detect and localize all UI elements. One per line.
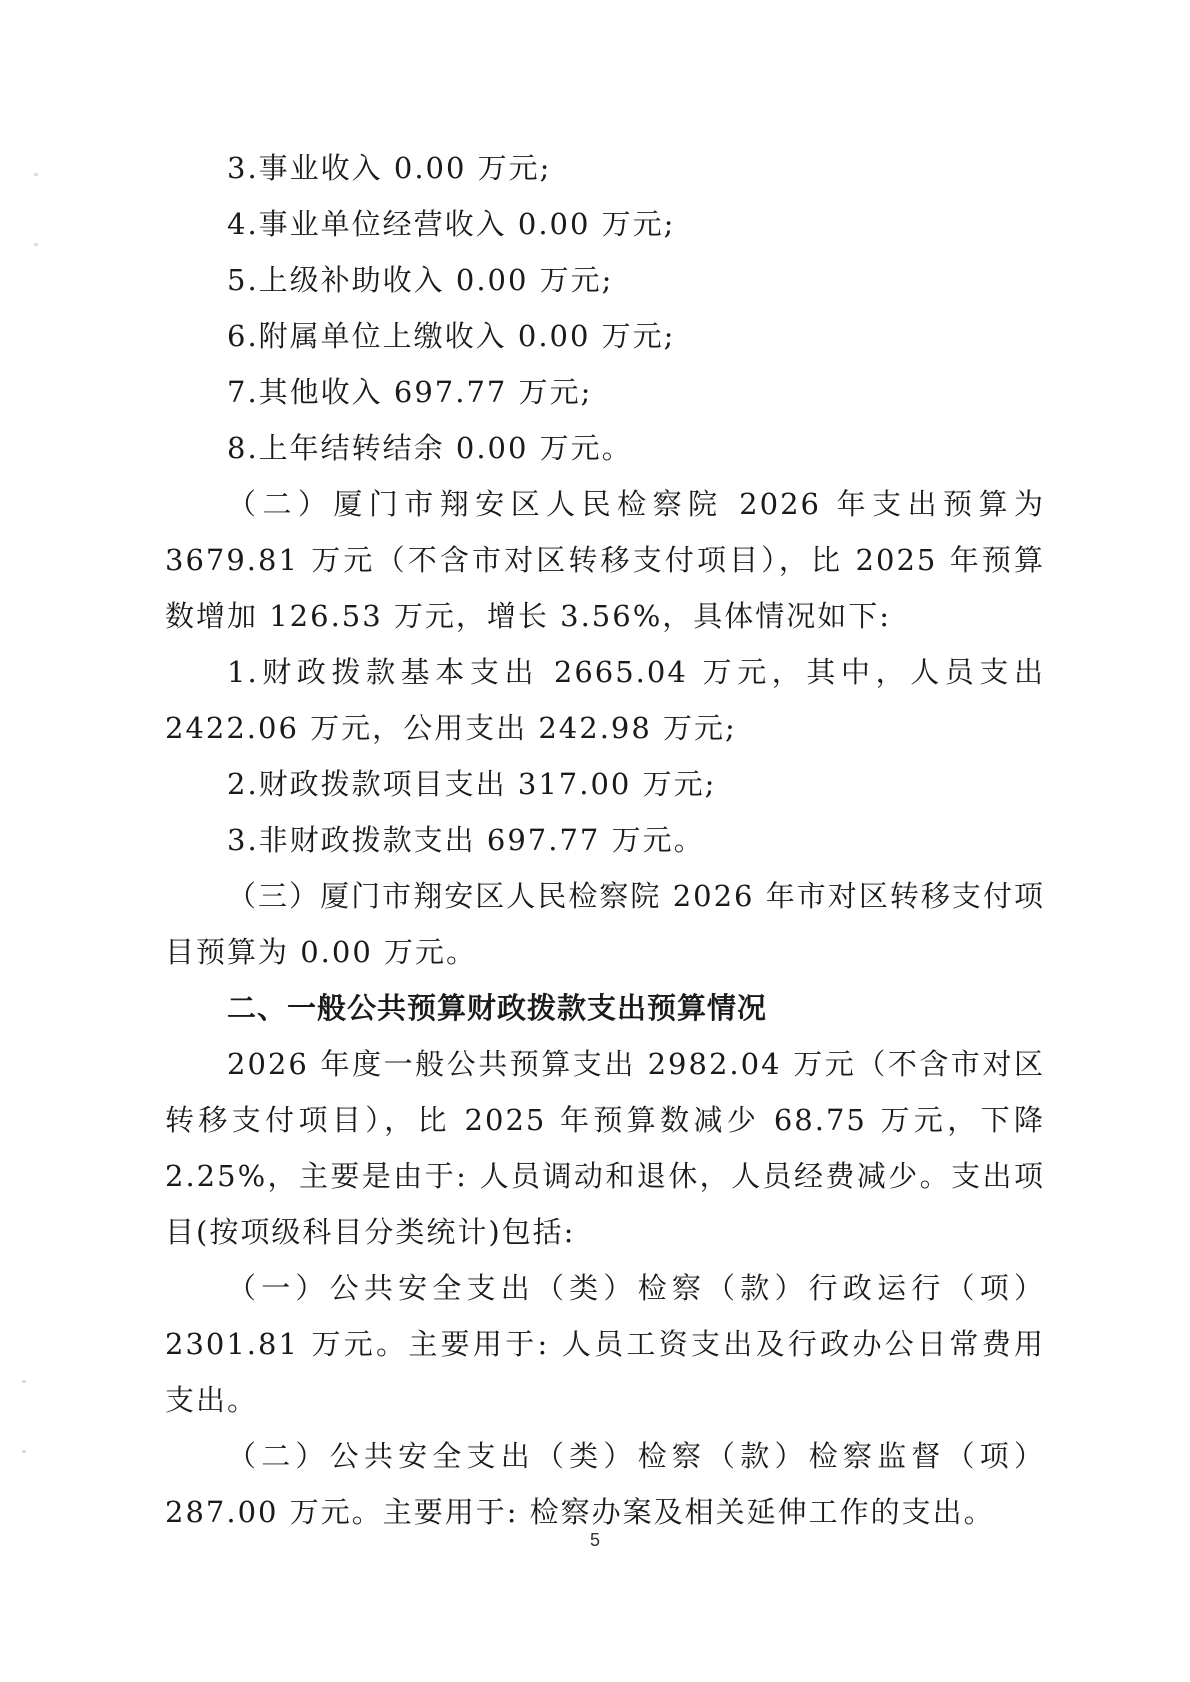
income-item: 3.事业收入 0.00 万元; xyxy=(165,140,1045,196)
scan-speck xyxy=(22,1380,26,1383)
income-list: 3.事业收入 0.00 万元; 4.事业单位经营收入 0.00 万元; 5.上级… xyxy=(165,140,1045,476)
income-item: 7.其他收入 697.77 万元; xyxy=(165,364,1045,420)
income-item: 8.上年结转结余 0.00 万元。 xyxy=(165,420,1045,476)
expenditure-section: （二）厦门市翔安区人民检察院 2026 年支出预算为 3679.81 万元（不含… xyxy=(165,476,1045,868)
scan-speck xyxy=(22,1450,26,1453)
budget-line-item: （二）公共安全支出（类）检察（款）检察监督（项）287.00 万元。主要用于: … xyxy=(165,1428,1045,1540)
expenditure-item: 2.财政拨款项目支出 317.00 万元; xyxy=(165,756,1045,812)
transfer-payment-paragraph: （三）厦门市翔安区人民检察院 2026 年市对区转移支付项目预算为 0.00 万… xyxy=(165,868,1045,980)
general-budget-summary: 2026 年度一般公共预算支出 2982.04 万元（不含市对区转移支付项目），… xyxy=(165,1036,1045,1260)
expenditure-item: 1.财政拨款基本支出 2665.04 万元，其中，人员支出 2422.06 万元… xyxy=(165,644,1045,756)
section-heading: 二、一般公共预算财政拨款支出预算情况 xyxy=(165,980,1045,1036)
page-number: 5 xyxy=(0,1530,1190,1551)
expenditure-intro: （二）厦门市翔安区人民检察院 2026 年支出预算为 3679.81 万元（不含… xyxy=(165,476,1045,644)
scan-speck xyxy=(34,173,38,176)
scan-speck xyxy=(34,243,38,246)
document-page: 3.事业收入 0.00 万元; 4.事业单位经营收入 0.00 万元; 5.上级… xyxy=(165,140,1045,1540)
income-item: 5.上级补助收入 0.00 万元; xyxy=(165,252,1045,308)
general-budget-section: 2026 年度一般公共预算支出 2982.04 万元（不含市对区转移支付项目），… xyxy=(165,1036,1045,1540)
income-item: 4.事业单位经营收入 0.00 万元; xyxy=(165,196,1045,252)
expenditure-item: 3.非财政拨款支出 697.77 万元。 xyxy=(165,812,1045,868)
income-item: 6.附属单位上缴收入 0.00 万元; xyxy=(165,308,1045,364)
budget-line-item: （一）公共安全支出（类）检察（款）行政运行（项）2301.81 万元。主要用于:… xyxy=(165,1260,1045,1428)
